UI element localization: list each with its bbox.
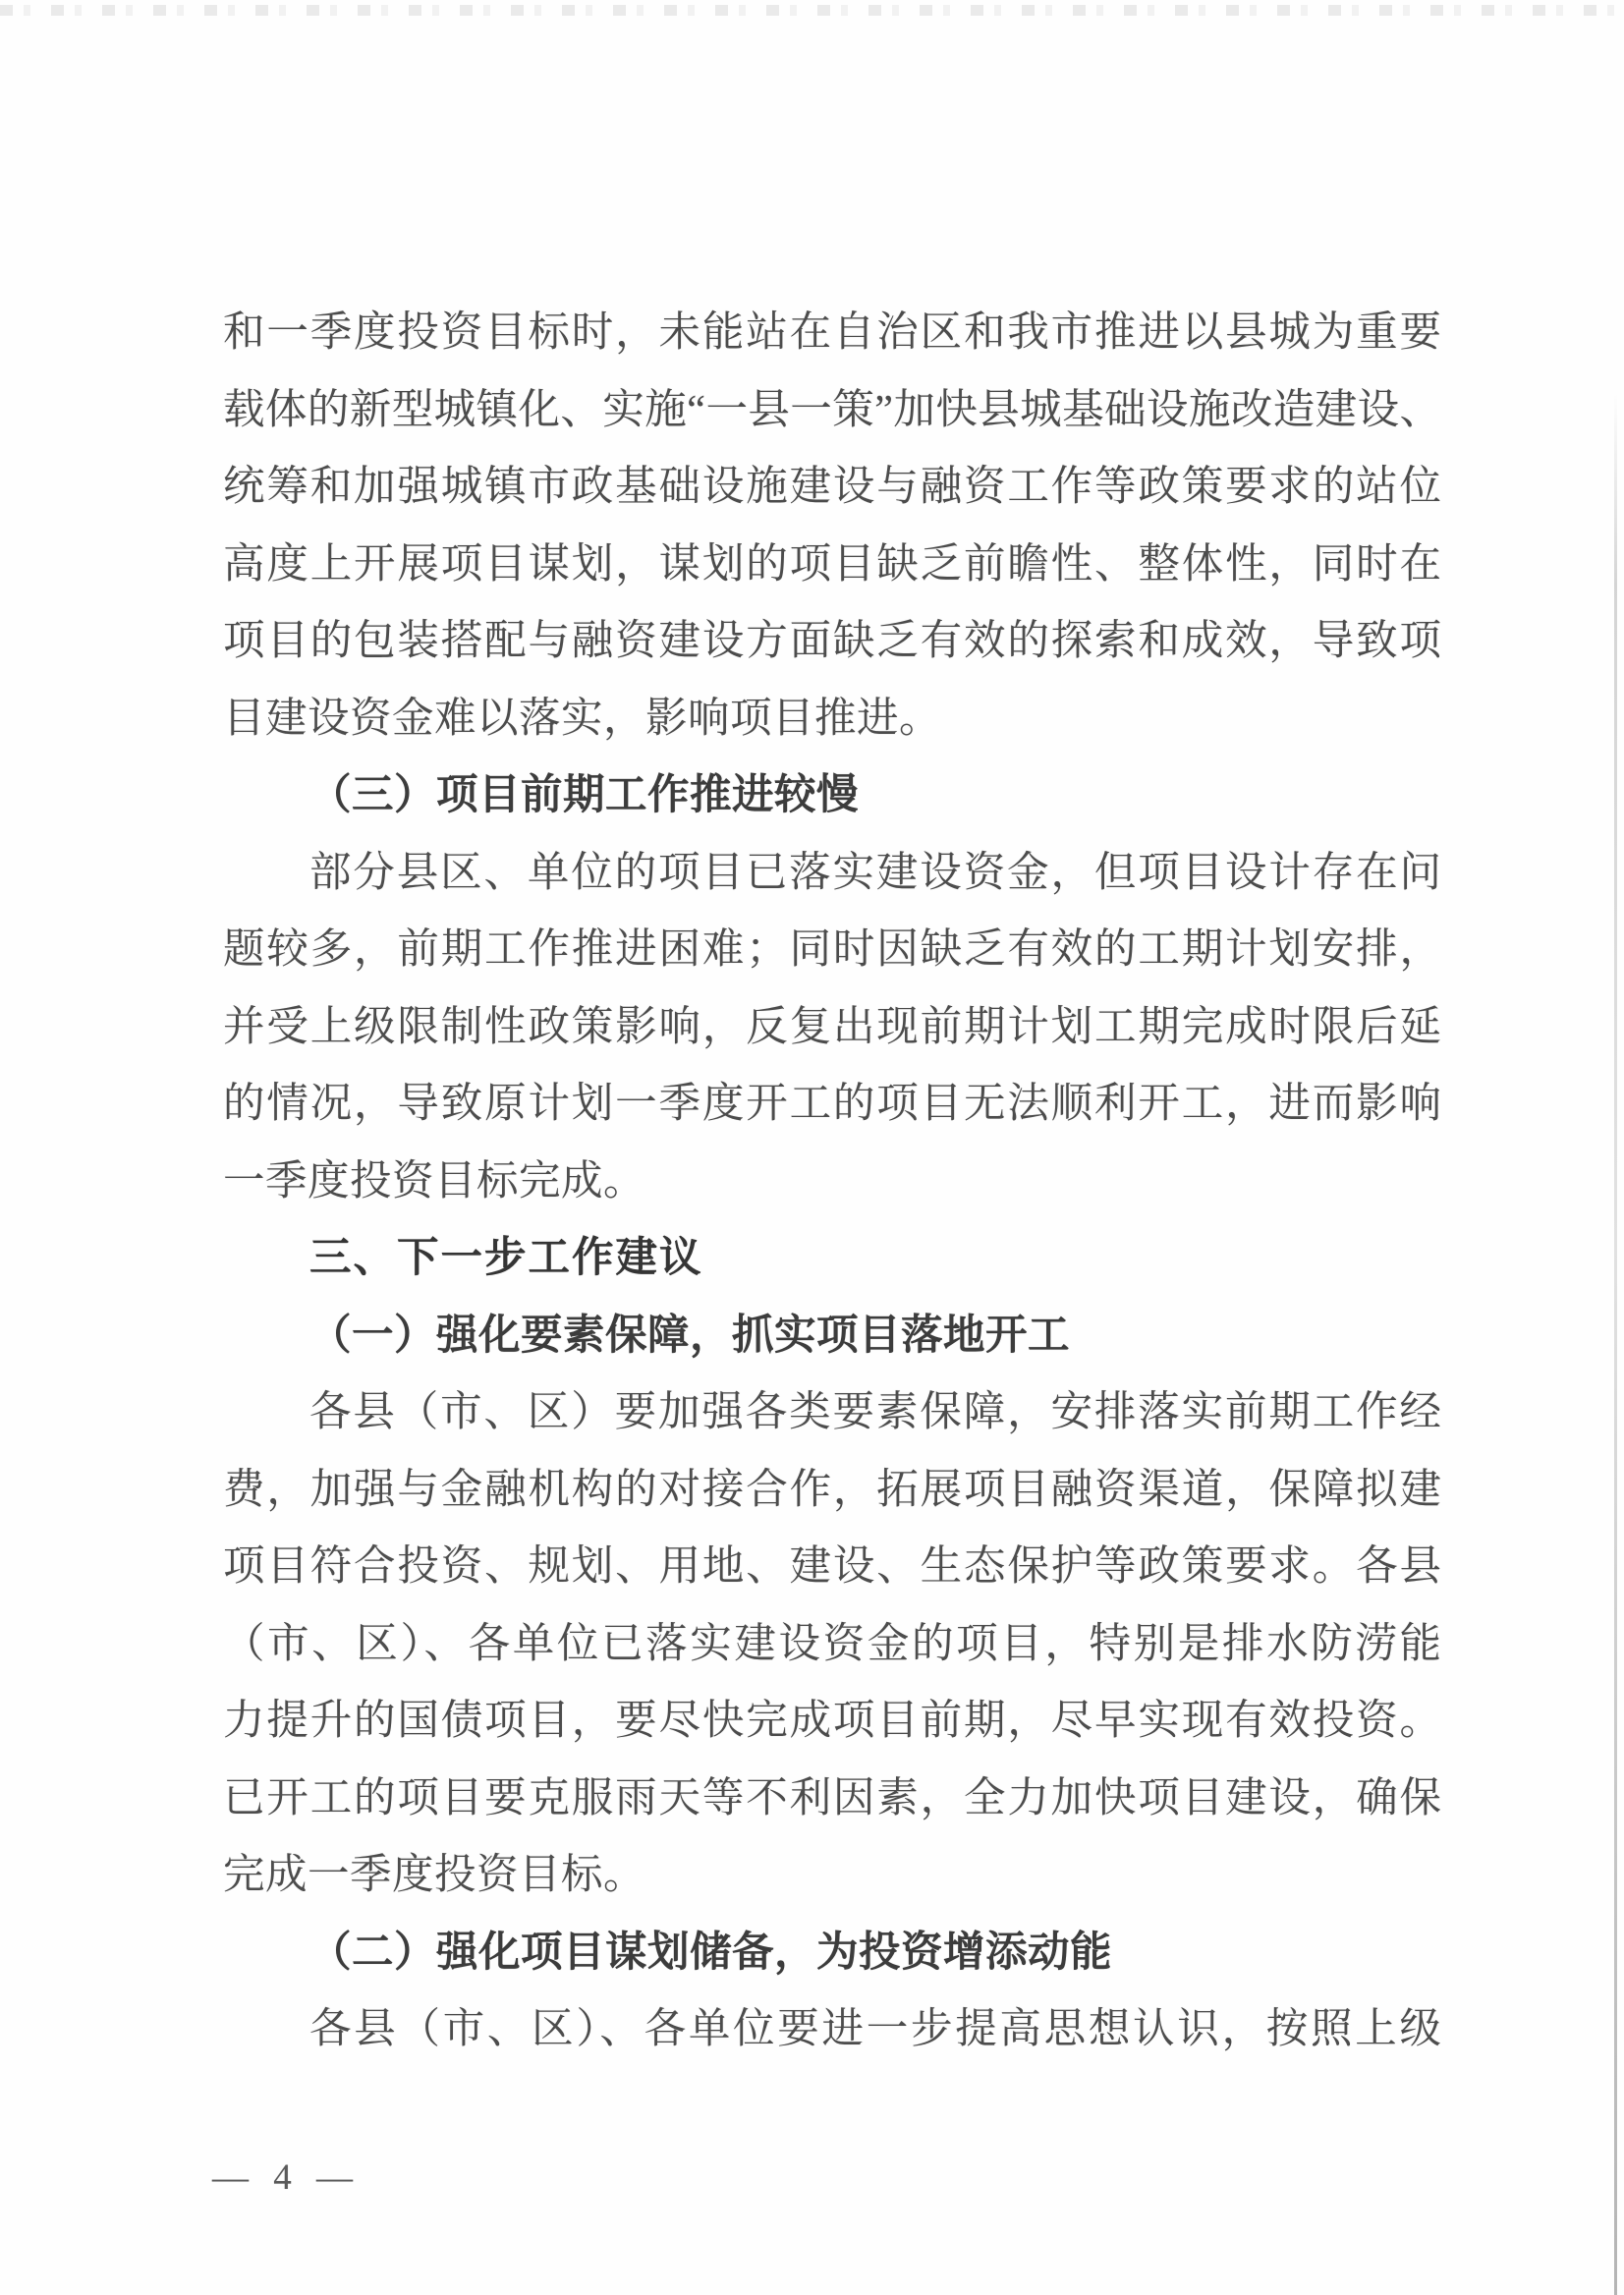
heading-section-1: （一）强化要素保障，抓实项目落地开工: [223, 1298, 1441, 1375]
document-body: 和一季度投资目标时，未能站在自治区和我市推进以县城为重要 载体的新型城镇化、实施…: [223, 295, 1441, 2069]
text-line: 各县（市、区）要加强各类要素保障，安排落实前期工作经: [223, 1374, 1441, 1452]
scanned-document-page: 和一季度投资目标时，未能站在自治区和我市推进以县城为重要 载体的新型城镇化、实施…: [0, 0, 1624, 2295]
text-line: 的情况，导致原计划一季度开工的项目无法顺利开工，进而影响: [223, 1066, 1441, 1144]
scan-noise-band: [0, 5, 1624, 16]
scan-edge-shadow-line: [1614, 393, 1617, 2295]
text-line: 部分县区、单位的项目已落实建设资金，但项目设计存在问: [223, 835, 1441, 913]
text-line: 高度上开展项目谋划，谋划的项目缺乏前瞻性、整体性，同时在: [223, 527, 1441, 604]
text-line: 统筹和加强城镇市政基础设施建设与融资工作等政策要求的站位: [223, 449, 1441, 527]
text-line: 已开工的项目要克服雨天等不利因素，全力加快项目建设，确保: [223, 1761, 1441, 1838]
text-line: 项目符合投资、规划、用地、建设、生态保护等政策要求。各县: [223, 1529, 1441, 1606]
page-number: — 4 —: [212, 2154, 355, 2203]
heading-section-3: （三）项目前期工作推进较慢: [223, 757, 1441, 835]
text-line: 各县（市、区）、各单位要进一步提高思想认识，按照上级: [223, 1991, 1441, 2069]
text-line: 和一季度投资目标时，未能站在自治区和我市推进以县城为重要: [223, 295, 1441, 372]
text-line: 目建设资金难以落实，影响项目推进。: [223, 681, 1441, 758]
text-line: 完成一季度投资目标。: [223, 1837, 1441, 1915]
text-line: 费，加强与金融机构的对接合作，拓展项目融资渠道，保障拟建: [223, 1452, 1441, 1530]
heading-section-2: （二）强化项目谋划储备，为投资增添动能: [223, 1915, 1441, 1992]
text-line: （市、区）、各单位已落实建设资金的项目，特别是排水防涝能: [223, 1606, 1441, 1684]
text-line: 题较多，前期工作推进困难；同时因缺乏有效的工期计划安排，: [223, 912, 1441, 989]
text-line: 并受上级限制性政策影响，反复出现前期计划工期完成时限后延: [223, 989, 1441, 1067]
text-line: 项目的包装搭配与融资建设方面缺乏有效的探索和成效，导致项: [223, 603, 1441, 681]
text-line: 力提升的国债项目，要尽快完成项目前期，尽早实现有效投资。: [223, 1683, 1441, 1761]
heading-chapter-3: 三、下一步工作建议: [223, 1220, 1441, 1298]
text-line: 一季度投资目标完成。: [223, 1144, 1441, 1221]
text-line: 载体的新型城镇化、实施“一县一策”加快县城基础设施改造建设、: [223, 372, 1441, 450]
